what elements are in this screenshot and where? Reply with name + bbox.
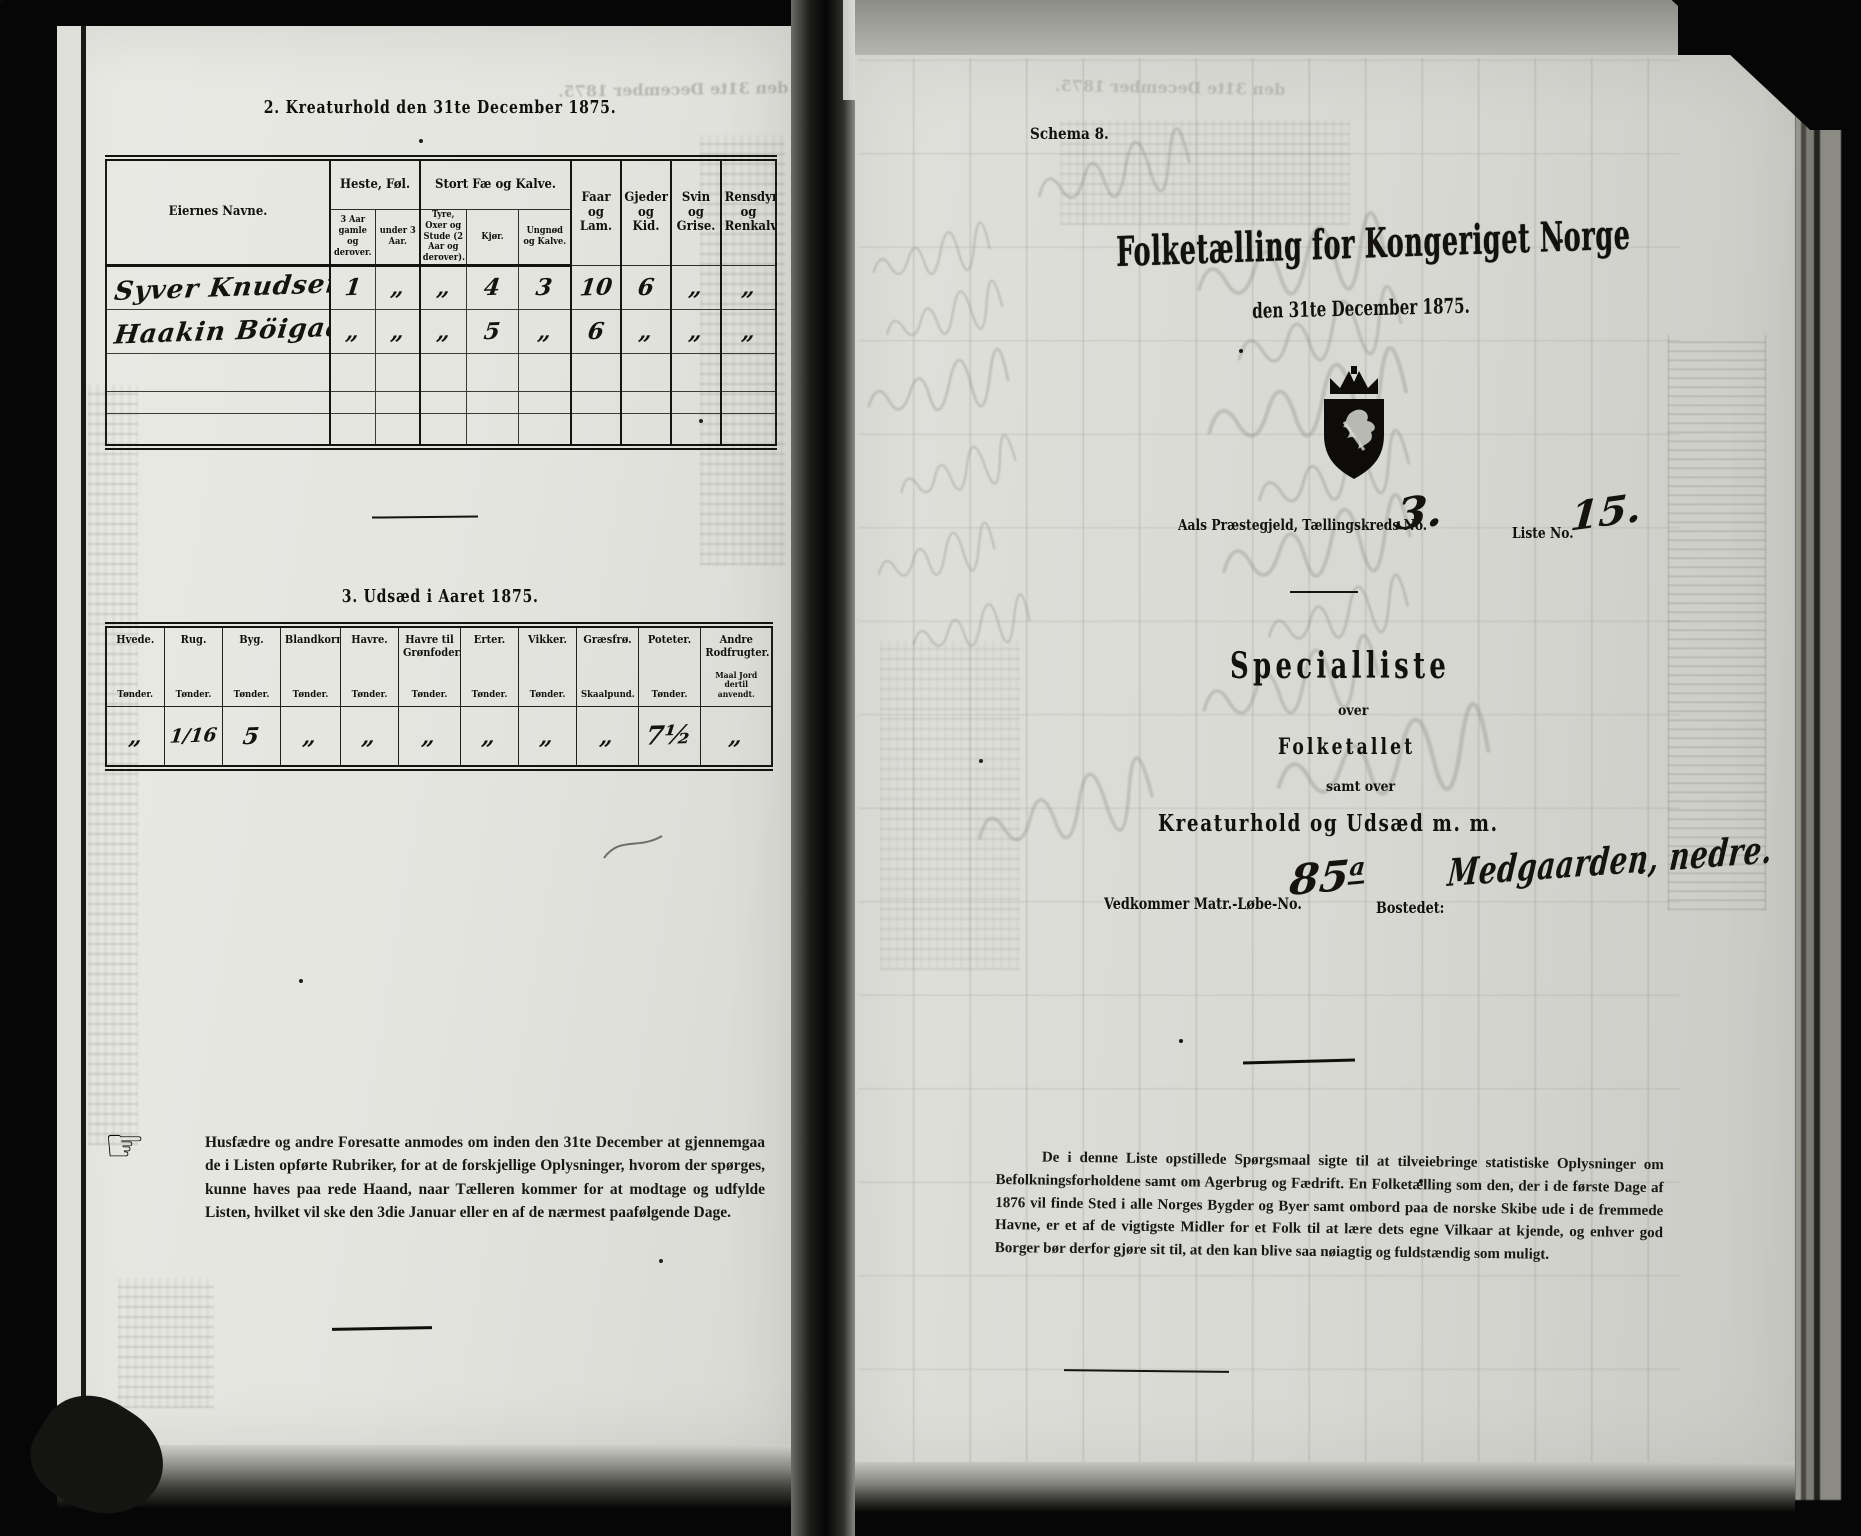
owner-name-cell: Haakin Böigaard — [106, 309, 330, 353]
gutter-highlight — [843, 0, 855, 100]
value-cell: „ — [700, 707, 772, 769]
kreaturhold-udsaed-heading: Kreaturhold og Udsæd m. m. — [1158, 810, 1584, 837]
value-cell: „ — [420, 265, 466, 309]
empty-cell — [671, 353, 721, 391]
left-footnote-paragraph: Husfædre og andre Foresatte anmodes om i… — [205, 1131, 765, 1224]
header-row-groups: Eiernes Navne. Heste, Føl. Stort Fæ og K… — [106, 158, 776, 210]
empty-cell — [621, 353, 671, 391]
value-cell: „ — [420, 309, 466, 353]
empty-cell — [330, 391, 375, 413]
ghost-text-patch — [118, 1278, 214, 1408]
empty-cell — [518, 391, 571, 413]
left-page-edge — [57, 26, 86, 1450]
coat-of-arms-norway — [1312, 366, 1396, 484]
col-header-svin: Svin og Grise. — [671, 158, 721, 265]
empty-cell — [420, 391, 466, 413]
value-cell: „ — [518, 309, 571, 353]
empty-cell — [721, 391, 776, 413]
value-cell: „ — [621, 309, 671, 353]
pointing-hand-icon: ☞ — [104, 1118, 145, 1172]
col-header-poteter: Poteter.Tønder. — [638, 625, 700, 707]
empty-cell — [621, 413, 671, 447]
col-header-rug: Rug.Tønder. — [164, 625, 222, 707]
col-header-hvede: Hvede.Tønder. — [106, 625, 164, 707]
owner-name-cell: Syver Knudsen — [106, 265, 330, 309]
bottom-right-page-edges — [855, 1462, 1795, 1512]
empty-cell — [330, 353, 375, 391]
col-header-rensdyr: Rensdyr og Renkalve. — [721, 158, 776, 265]
col-header-ungnoed: Ungnød og Kalve. — [518, 210, 571, 266]
empty-cell — [518, 413, 571, 447]
empty-cell — [721, 413, 776, 447]
value-cell: „ — [398, 707, 460, 769]
value-cell: „ — [375, 309, 420, 353]
table-row: Syver Knudsen 1 „ „ 4 3 10 6 „ „ — [106, 265, 776, 309]
district-number-handwritten: 3. — [1394, 485, 1444, 541]
bottom-left-page-edges — [57, 1445, 791, 1507]
empty-cell — [671, 391, 721, 413]
udsaed-table: Hvede.Tønder. Rug.Tønder. Byg.Tønder. Bl… — [105, 622, 773, 771]
bosted-label: Bostedet: — [1376, 898, 1461, 918]
empty-cell — [571, 353, 621, 391]
empty-cell — [671, 413, 721, 447]
header-row: Hvede.Tønder. Rug.Tønder. Byg.Tønder. Bl… — [106, 625, 772, 707]
matr-number-handwritten: 85a — [1288, 850, 1367, 905]
table-row: Haakin Böigaard „ „ „ 5 „ 6 „ „ „ — [106, 309, 776, 353]
value-cell: 3 — [518, 265, 571, 309]
empty-cell — [420, 353, 466, 391]
pen-flourish-mark — [600, 830, 670, 866]
right-footer-paragraph: De i denne Liste opstillede Spørgsmaal s… — [995, 1146, 1664, 1268]
page-subtitle: den 31te December 1875. — [1252, 298, 1554, 323]
empty-cell — [106, 391, 330, 413]
empty-cell — [466, 391, 518, 413]
col-header-andre-rodfrugter: Andre Rodfrugter.Maal Jord dertil anvend… — [700, 625, 772, 707]
value-cell: „ — [106, 707, 164, 769]
empty-cell — [375, 353, 420, 391]
udsaed-title: 3. Udsæd i Aaret 1875. — [105, 586, 775, 607]
value-cell: „ — [721, 309, 776, 353]
value-cell: 6 — [621, 265, 671, 309]
empty-cell — [466, 353, 518, 391]
empty-cell — [721, 353, 776, 391]
value-cell: 1/16 — [164, 707, 222, 769]
empty-cell — [330, 413, 375, 447]
table-row — [106, 413, 776, 447]
value-cell: „ — [671, 265, 721, 309]
value-cell: „ — [518, 707, 576, 769]
over-label: over — [1338, 702, 1372, 720]
col-header-under3aar: under 3 Aar. — [375, 210, 420, 266]
table-row — [106, 391, 776, 413]
folketallet-heading: Folketallet — [1278, 734, 1454, 760]
col-header-tyre: Tyre, Oxer og Stude (2 Aar og derover). — [420, 210, 466, 266]
value-cell: 7½ — [638, 707, 700, 769]
value-cell: 1 — [330, 265, 375, 309]
value-cell: „ — [671, 309, 721, 353]
col-header-vikker: Vikker.Tønder. — [518, 625, 576, 707]
empty-cell — [571, 391, 621, 413]
col-header-erter: Erter.Tønder. — [460, 625, 518, 707]
empty-cell — [518, 353, 571, 391]
empty-cell — [466, 413, 518, 447]
value-cell: „ — [576, 707, 638, 769]
book-gutter — [791, 0, 855, 1536]
value-cell: „ — [375, 265, 420, 309]
empty-cell — [420, 413, 466, 447]
col-header-3aar: 3 Aar gamle og derover. — [330, 210, 375, 266]
value-cell: 6 — [571, 309, 621, 353]
col-header-gjeder: Gjeder og Kid. — [621, 158, 671, 265]
empty-cell — [375, 413, 420, 447]
empty-cell — [571, 413, 621, 447]
col-header-faar: Faar og Lam. — [571, 158, 621, 265]
schema-label: Schema 8. — [1030, 124, 1123, 144]
dust-specks — [0, 0, 2, 2]
value-cell: „ — [280, 707, 340, 769]
top-page-edge-band — [848, 0, 1678, 56]
samt-over-label: samt over — [1326, 778, 1403, 796]
empty-cell — [375, 391, 420, 413]
col-header-eiernes-navne: Eiernes Navne. — [106, 158, 330, 265]
value-cell: 4 — [466, 265, 518, 309]
col-header-havre: Havre.Tønder. — [340, 625, 398, 707]
empty-cell — [106, 413, 330, 447]
empty-cell — [621, 391, 671, 413]
scanned-census-spread: den 31te December 1875. den 31te Decembe… — [0, 0, 1861, 1536]
col-header-havre-groenfoder: Havre til Grønfoder.Tønder. — [398, 625, 460, 707]
kreaturhold-table: Eiernes Navne. Heste, Føl. Stort Fæ og K… — [105, 155, 777, 450]
value-cell: „ — [330, 309, 375, 353]
table-row: „ 1/16 5 „ „ „ „ „ „ 7½ „ — [106, 707, 772, 769]
divider-rule — [1290, 591, 1358, 593]
col-header-stort-fae: Stort Fæ og Kalve. — [420, 158, 571, 210]
col-header-heste: Heste, Føl. — [330, 158, 420, 210]
col-header-kjoer: Kjør. — [466, 210, 518, 266]
col-header-blandkorn: Blandkorn.Tønder. — [280, 625, 340, 707]
kreaturhold-title: 2. Kreaturhold den 31te December 1875. — [105, 97, 775, 118]
value-cell: 5 — [466, 309, 518, 353]
page-title: Folketælling for Kongeriget Norge — [1116, 228, 1861, 276]
value-cell: „ — [340, 707, 398, 769]
col-header-graesfroe: Græsfrø.Skaalpund. — [576, 625, 638, 707]
empty-cell — [106, 353, 330, 391]
value-cell: 5 — [222, 707, 280, 769]
value-cell: „ — [460, 707, 518, 769]
value-cell: 10 — [571, 265, 621, 309]
specialliste-heading: Specialliste — [1230, 645, 1536, 687]
col-header-byg: Byg.Tønder. — [222, 625, 280, 707]
table-row — [106, 353, 776, 391]
value-cell: „ — [721, 265, 776, 309]
